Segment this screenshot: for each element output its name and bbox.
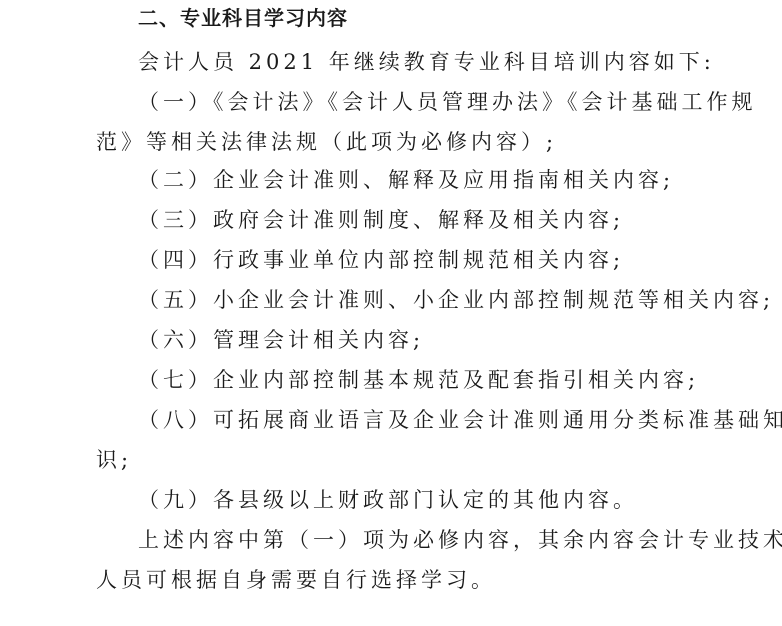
list-item-4: （四）行政事业单位内部控制规范相关内容;: [138, 247, 624, 273]
section-heading: 二、专业科目学习内容: [138, 5, 348, 31]
closing-paragraph-cont: 人员可根据自身需要自行选择学习。: [96, 567, 496, 593]
closing-paragraph: 上述内容中第（一）项为必修内容，其余内容会计专业技术: [138, 527, 782, 553]
list-item-8: （八）可拓展商业语言及企业会计准则通用分类标准基础知: [138, 407, 782, 433]
list-item-3: （三）政府会计准则制度、解释及相关内容;: [138, 207, 624, 233]
list-item-7: （七）企业内部控制基本规范及配套指引相关内容;: [138, 367, 699, 393]
list-item-9: （九）各县级以上财政部门认定的其他内容。: [138, 487, 638, 513]
intro-paragraph: 会计人员 2021 年继续教育专业科目培训内容如下:: [138, 49, 715, 75]
list-item-5: （五）小企业会计准则、小企业内部控制规范等相关内容;: [138, 287, 774, 313]
list-item-1-cont: 范》等相关法律法规（此项为必修内容）;: [96, 129, 557, 155]
list-item-2: （二）企业会计准则、解释及应用指南相关内容;: [138, 167, 674, 193]
list-item-6: （六）管理会计相关内容;: [138, 327, 424, 353]
list-item-8-cont: 识;: [96, 447, 132, 473]
list-item-1: （一）《会计法》《会计人员管理办法》《会计基础工作规: [138, 89, 757, 115]
